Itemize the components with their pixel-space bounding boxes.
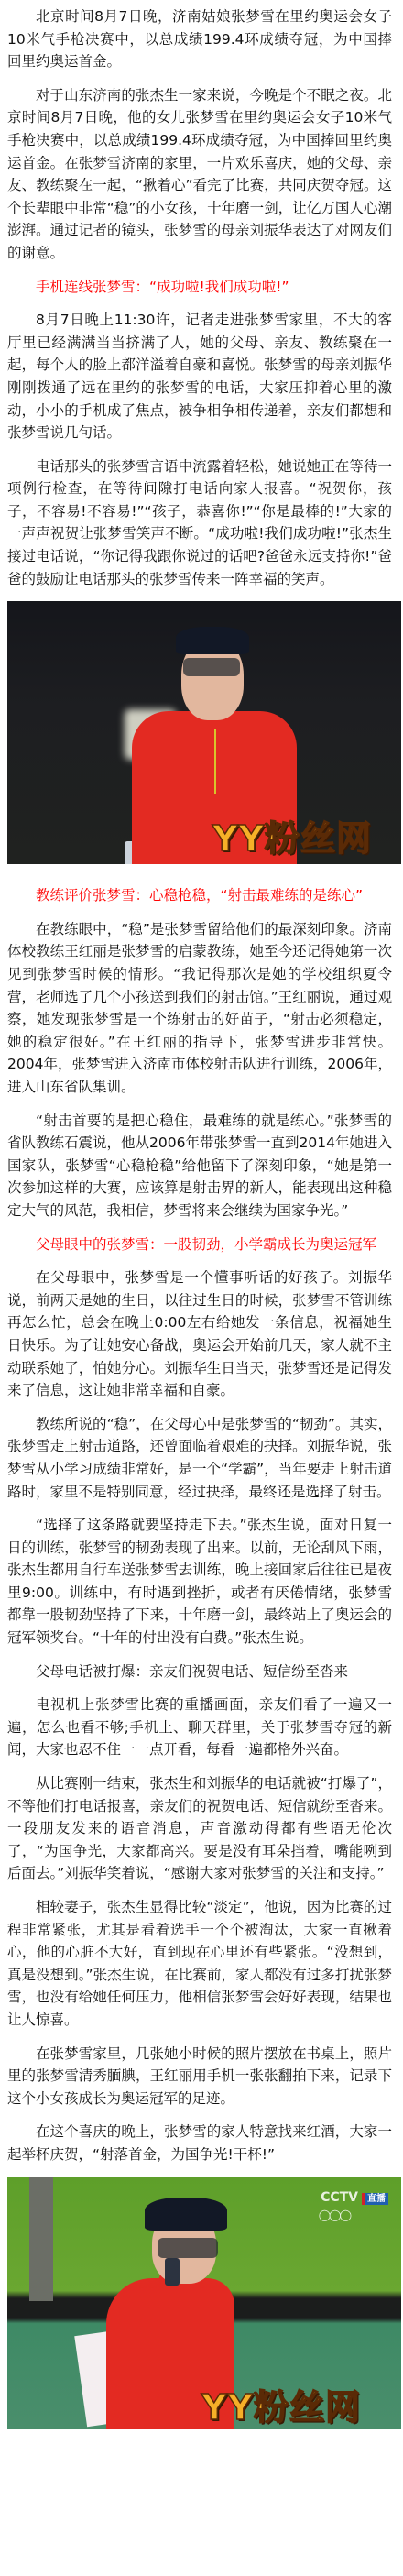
cctv-broadcast-logo: CCTV直播: [321, 2190, 388, 2205]
watermark-logo: YY粉丝网: [201, 2379, 361, 2429]
section-heading-calls: 父母电话被打爆：亲友们祝贺电话、短信纷至沓来: [7, 1661, 392, 1683]
paragraph-coach-shi: “射击首要的是把心稳住，最难练的就是练心。”张梦雪的省队教练石震说，他从2006…: [7, 1110, 392, 1222]
paragraph-phone-conversation: 电话那头的张梦雪言语中流露着轻松，她说她正在等待一项例行检查，在等待间隙打电话向…: [7, 455, 392, 591]
section-heading-phone-call: 手机连线张梦雪：“成功啦!我们成功啦!”: [7, 276, 392, 299]
paragraph-father-calm: 相较妻子，张杰生显得比较“淡定”，他说，因为比赛的过程非常紧张，尤其是看着选手一…: [7, 1896, 392, 2032]
athlete-visor-cap: [176, 627, 249, 654]
background-pillar: [29, 2177, 53, 2301]
shooting-glasses: [158, 2238, 218, 2258]
live-badge: 直播: [362, 2193, 388, 2205]
air-pistol: [165, 2258, 180, 2286]
paragraph-phones-exploded: 从比赛刚一结束，张杰生和刘振华的电话就被“打爆了”，不等他们打电话报喜，亲友们的…: [7, 1772, 392, 1885]
olympic-rings-icon: ◯◯◯: [319, 2209, 350, 2221]
section-heading-parents: 父母眼中的张梦雪：一股韧劲，小学霸成长为奥运冠军: [7, 1233, 392, 1256]
paragraph-reporter-visit: 8月7日晚上11:30许，记者走进张梦雪家里，不大的客厅里已经满满当当挤满了人，…: [7, 309, 392, 444]
shooting-glasses: [183, 658, 240, 676]
cctv-label: CCTV: [321, 2190, 358, 2205]
paragraph-birthday: 在父母眼中，张梦雪是一个懂事听话的好孩子。刘振华说，前两天是她的生日，以往过生日…: [7, 1266, 392, 1402]
paragraph-coach-wang: 在教练眼中，“稳”是张梦雪留给他们的最深刻印象。济南体校教练王红丽是张梦雪的启蒙…: [7, 918, 392, 1099]
jersey-zipper: [214, 729, 216, 794]
paragraph-family-night: 对于山东济南的张杰生一家来说，今晚是个不眠之夜。北京时间8月7日晚，他的女儿张梦…: [7, 84, 392, 265]
photo-zhang-mengxue-shooting: CCTV直播 ◯◯◯ YY粉丝网: [7, 2177, 401, 2429]
athlete-visor-cap: [145, 2198, 227, 2231]
paragraph-toast: 在这个喜庆的晚上，张梦雪的家人特意找来红酒，大家一起举杯庆贺，“射落首金，为国争…: [7, 2121, 392, 2165]
paragraph-replay: 电视机上张梦雪比赛的重播画面，亲友们看了一遍又一遍，怎么也看不够;手机上、聊天群…: [7, 1694, 392, 1761]
paragraph-intro: 北京时间8月7日晚，济南姑娘张梦雪在里约奥运会女子10米气手枪决赛中，以总成绩1…: [7, 5, 392, 73]
paragraph-persistence: “选择了这条路就要坚持走下去。”张杰生说，面对日复一日的训练，张梦雪的韧劲表现了…: [7, 1514, 392, 1650]
watermark-logo: YY粉丝网: [212, 810, 372, 860]
photo-zhang-mengxue-portrait: YY粉丝网: [7, 601, 401, 864]
section-heading-coach: 教练评价张梦雪：心稳枪稳，“射击最难练的是练心”: [7, 884, 392, 907]
article: 北京时间8月7日晚，济南姑娘张梦雪在里约奥运会女子10米气手枪决赛中，以总成绩1…: [0, 0, 403, 2433]
paragraph-childhood-photos: 在张梦雪家里，几张她小时候的照片摆放在书桌上，照片里的张梦雪清秀腼腆，王红丽用手…: [7, 2043, 392, 2110]
paragraph-tenacity: 教练所说的“稳”，在父母心中是张梦雪的“韧劲”。其实，张梦雪走上射击道路，还曾面…: [7, 1413, 392, 1503]
